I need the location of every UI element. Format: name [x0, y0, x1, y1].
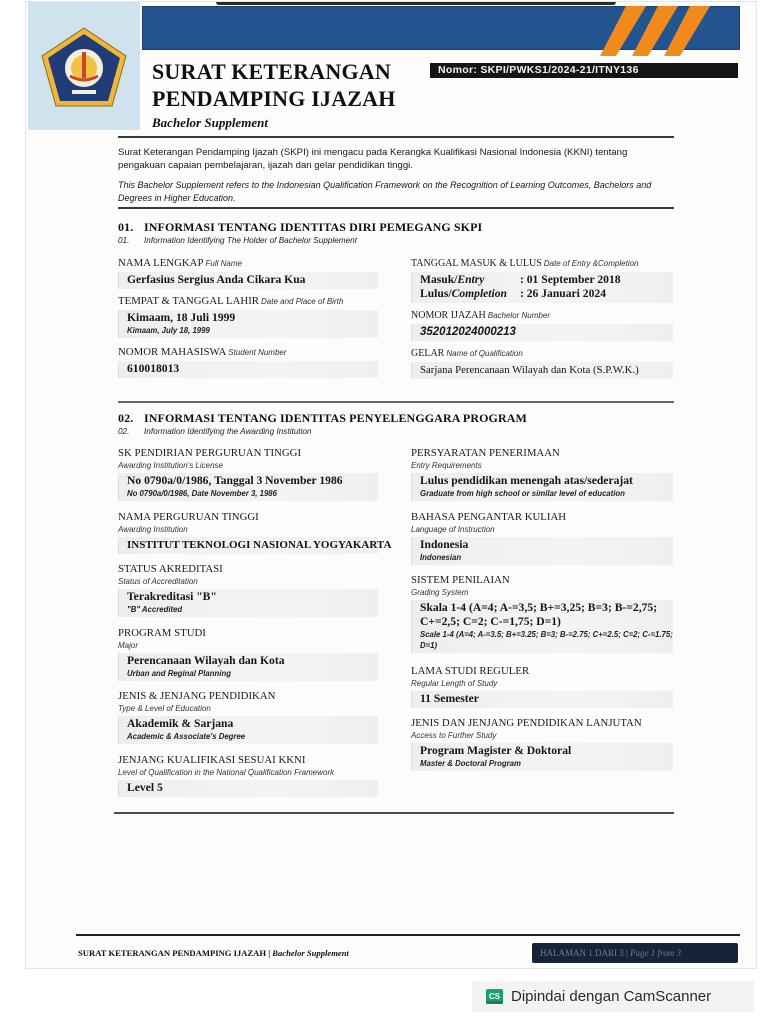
major-value-en: Urban and Reginal Planning — [127, 668, 378, 679]
completion-date: Lulus/Completion : 26 Januari 2024 — [420, 287, 673, 301]
divider — [118, 401, 674, 403]
page-indicator: HALAMAN 1 DARI 3 | Page 1 from 3 — [532, 943, 738, 963]
further-study-value-en: Master & Doctoral Program — [420, 758, 673, 769]
field-grading: SISTEM PENILAIAN Grading System Skala 1-… — [411, 574, 673, 653]
education-type-value: Akademik & Sarjana — [127, 717, 378, 731]
camscanner-icon: CS — [486, 989, 503, 1004]
footer-title: SURAT KETERANGAN PENDAMPING IJAZAH | Bac… — [78, 948, 349, 958]
field-certificate-number: NOMOR IJAZAHBachelor Number 352012024000… — [411, 309, 673, 341]
field-major: PROGRAM STUDI Major Perencanaan Wilayah … — [118, 627, 378, 681]
field-kkni-level: JENJANG KUALIFIKASI SESUAI KKNI Level of… — [118, 754, 378, 797]
camscanner-watermark: CS Dipindai dengan CamScanner — [472, 981, 754, 1012]
accreditation-value: Terakreditasi "B" — [127, 590, 378, 604]
degree-value: Sarjana Perencanaan Wilayah dan Kota (S.… — [420, 363, 673, 377]
divider — [118, 136, 674, 138]
divider — [114, 812, 674, 814]
intro-id: Surat Keterangan Pendamping Ijazah (SKPI… — [118, 146, 674, 172]
title-line-1: SURAT KETERANGAN — [152, 58, 396, 85]
camscanner-text: Dipindai dengan CamScanner — [511, 988, 711, 1005]
birth-value-en: Kimaam, July 18, 1999 — [127, 325, 378, 336]
further-study-value: Program Magister & Doktoral — [420, 744, 673, 758]
license-value: No 0790a/0/1986, Tanggal 3 November 1986 — [127, 474, 378, 488]
entry-requirements-value-en: Graduate from high school or similar lev… — [420, 488, 673, 499]
section-2-subheading: 02.Information Identifying the Awarding … — [118, 427, 312, 436]
field-dates: TANGGAL MASUK & LULUSDate of Entry &Comp… — [411, 257, 673, 303]
full-name-value: Gerfasius Sergius Anda Cikara Kua — [127, 273, 378, 287]
document-subtitle: Bachelor Supplement — [152, 115, 268, 131]
kkni-level-value: Level 5 — [127, 781, 378, 795]
field-accreditation: STATUS AKREDITASI Status of Accreditatio… — [118, 563, 378, 617]
field-license: SK PENDIRIAN PERGURUAN TINGGI Awarding I… — [118, 447, 378, 501]
field-further-study: JENIS DAN JENJANG PENDIDIKAN LANJUTAN Ac… — [411, 717, 673, 771]
institution-value: INSTITUT TEKNOLOGI NASIONAL YOGYAKARTA — [127, 538, 378, 552]
language-value-en: Indonesian — [420, 552, 673, 563]
entry-date: Masuk/Entry : 01 September 2018 — [420, 273, 673, 287]
document-title: SURAT KETERANGAN PENDAMPING IJAZAH — [152, 58, 396, 112]
field-study-length: LAMA STUDI REGULER Regular Length of Stu… — [411, 665, 673, 708]
section-2-heading: 02.INFORMASI TENTANG IDENTITAS PENYELENG… — [118, 411, 527, 426]
document-number: Nomor: SKPI/PWKS1/2024-21/ITNY136 — [430, 63, 738, 78]
study-length-value: 11 Semester — [420, 692, 673, 706]
section-1-heading: 01.INFORMASI TENTANG IDENTITAS DIRI PEME… — [118, 220, 482, 235]
student-number-value: 610018013 — [127, 362, 378, 376]
entry-requirements-value: Lulus pendidikan menengah atas/sederajat — [420, 474, 673, 488]
field-institution: NAMA PERGURUAN TINGGI Awarding Instituti… — [118, 511, 378, 554]
license-value-en: No 0790a/0/1986, Date November 3, 1986 — [127, 488, 378, 499]
footer-divider — [76, 934, 740, 936]
field-entry-requirements: PERSYARATAN PENERIMAAN Entry Requirement… — [411, 447, 673, 501]
major-value: Perencanaan Wilayah dan Kota — [127, 654, 378, 668]
intro-text: Surat Keterangan Pendamping Ijazah (SKPI… — [118, 146, 674, 205]
title-line-2: PENDAMPING IJAZAH — [152, 85, 396, 112]
language-value: Indonesia — [420, 538, 673, 552]
field-language: BAHASA PENGANTAR KULIAH Language of Inst… — [411, 511, 673, 565]
university-emblem-icon — [40, 26, 128, 108]
field-birth: TEMPAT & TANGGAL LAHIRDate and Place of … — [118, 295, 378, 338]
education-type-value-en: Academic & Associate's Degree — [127, 731, 378, 742]
grading-value-en: Scale 1-4 (A=4; A-=3.5; B+=3.25; B=3; B-… — [420, 629, 673, 651]
birth-value: Kimaam, 18 Juli 1999 — [127, 311, 378, 325]
field-full-name: NAMA LENGKAPFull Name Gerfasius Sergius … — [118, 257, 378, 289]
field-education-type: JENIS & JENJANG PENDIDIKAN Type & Level … — [118, 690, 378, 744]
field-student-number: NOMOR MAHASISWAStudent Number 610018013 — [118, 346, 378, 378]
grading-value: Skala 1-4 (A=4; A-=3,5; B+=3,25; B=3; B-… — [420, 601, 673, 629]
field-degree: GELARName of Qualification Sarjana Peren… — [411, 347, 673, 379]
decorative-stripes — [600, 6, 720, 58]
intro-en: This Bachelor Supplement refers to the I… — [118, 179, 674, 205]
page-edge — [216, 2, 616, 5]
accreditation-value-en: "B" Accredited — [127, 604, 378, 615]
section-1-subheading: 01.Information Identifying The Holder of… — [118, 236, 357, 245]
divider — [118, 207, 674, 209]
certificate-number-value: 352012024000213 — [420, 325, 673, 339]
